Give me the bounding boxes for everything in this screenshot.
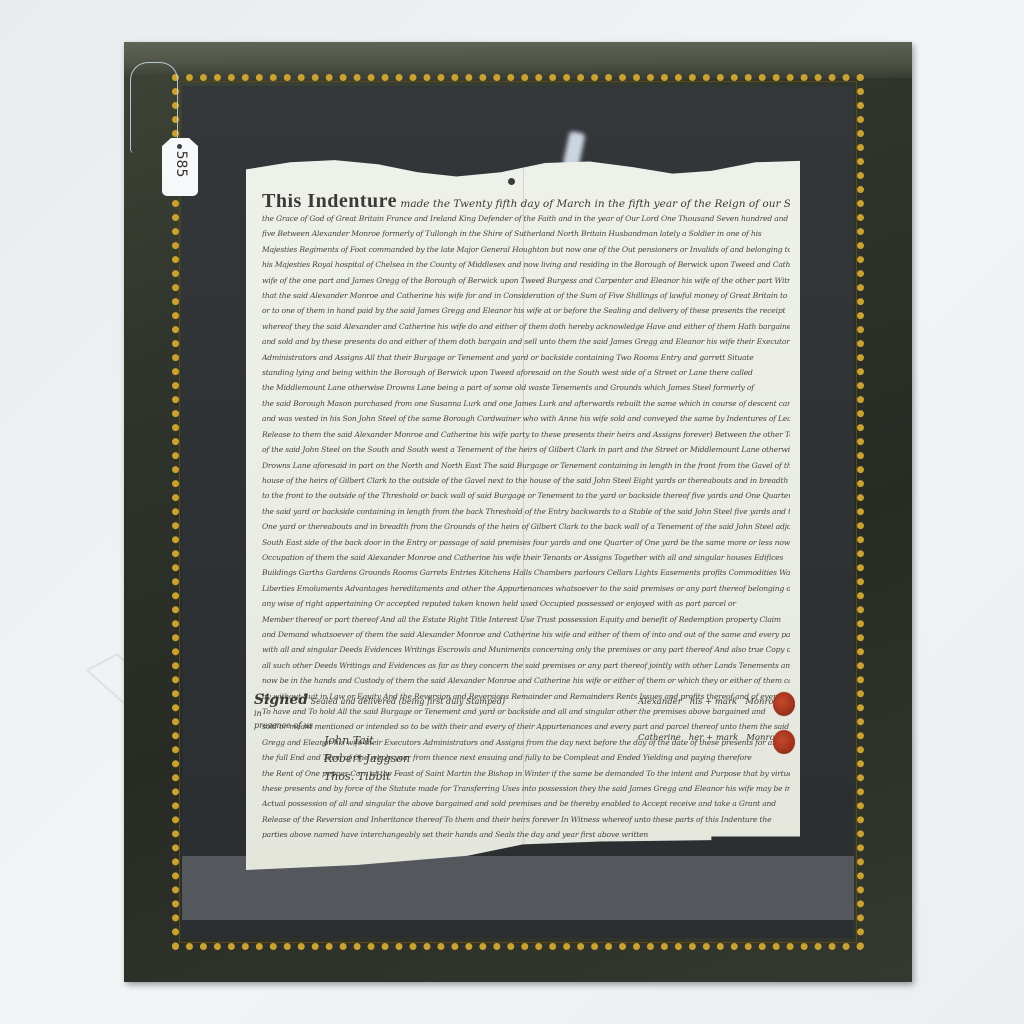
indenture-document: This Indenture made the Twenty fifth day… <box>246 158 800 870</box>
document-text-line: whereof they the said Alexander and Cath… <box>262 319 790 334</box>
price-tag: 585 <box>162 138 198 196</box>
witness-signature-block: Signed Sealed and delivered (being first… <box>254 694 514 786</box>
document-text-line: Majesties Regiments of Foot commanded by… <box>262 242 790 257</box>
document-text-line: Liberties Emoluments Advantages heredita… <box>262 581 790 596</box>
document-lines-part1: the Grace of God of Great Britain France… <box>262 211 790 704</box>
document-text-line: the Grace of God of Great Britain France… <box>262 211 790 226</box>
document-text-line: that the said Alexander Monroe and Cathe… <box>262 288 790 303</box>
document-text-line: Release to them the said Alexander Monro… <box>262 427 790 442</box>
document-heading: This Indenture made the Twenty fifth day… <box>262 194 790 211</box>
document-text-line: the Middlemount Lane otherwise Drowns La… <box>262 380 790 395</box>
party-signature: Alexander his + mark Monroe <box>638 688 788 716</box>
document-text-line: Buildings Garths Gardens Grounds Rooms G… <box>262 565 790 580</box>
document-text-line: Administrators and Assigns All that thei… <box>262 350 790 365</box>
document-text-line: One yard or thereabouts and in breadth f… <box>262 519 790 534</box>
document-text-line: and was vested in his Son John Steel of … <box>262 411 790 426</box>
document-text-line: now be in the hands and Custody of them … <box>262 673 790 688</box>
document-text-line: house of the heirs of Gilbert Clark to t… <box>262 473 790 488</box>
document-text-line: or to one of them in hand paid by the sa… <box>262 303 790 318</box>
document-text-line: to the front to the outside of the Thres… <box>262 488 790 503</box>
document-text-line: with all and singular Deeds Evidences Wr… <box>262 642 790 657</box>
wax-seal <box>773 692 795 716</box>
witness-signature: Robert Jaggson <box>324 750 514 768</box>
document-text-line: Release of the Reversion and Inheritance… <box>262 812 790 827</box>
document-text-line: of the said John Steel on the South and … <box>262 442 790 457</box>
document-text-line: the said yard or backside containing in … <box>262 504 790 519</box>
document-text-line: South East side of the back door in the … <box>262 535 790 550</box>
document-text-line: Actual possession of all and singular th… <box>262 796 790 811</box>
document-text-line: and sold and by these presents do and ei… <box>262 334 790 349</box>
document-text-line: and Demand whatsoever of them the said A… <box>262 627 790 642</box>
witness-signature: John Tait <box>324 732 514 750</box>
document-text-line: wife of the one part and James Gregg of … <box>262 273 790 288</box>
document-text-line: his Majesties Royal hospital of Chelsea … <box>262 257 790 272</box>
witness-signature: Thos. Tibbit <box>324 768 514 786</box>
document-title: This Indenture <box>262 194 397 211</box>
party-signatures: Alexander his + mark Monroe Catherine he… <box>638 688 788 752</box>
document-text-line: all such other Deeds Writings and Eviden… <box>262 658 790 673</box>
document-text-line: standing lying and being within the Boro… <box>262 365 790 380</box>
document-text-line: five Between Alexander Monroe formerly o… <box>262 226 790 241</box>
paper-hole <box>508 178 515 185</box>
document-text-line: Member thereof or part thereof And all t… <box>262 612 790 627</box>
document-text-line: Occupation of them the said Alexander Mo… <box>262 550 790 565</box>
wax-seal <box>773 730 795 754</box>
picture-frame: This Indenture made the Twenty fifth day… <box>124 42 912 982</box>
document-text-line: any wise of right appertaining Or accept… <box>262 596 790 611</box>
document-text-line: the said Borough Mason purchased from on… <box>262 396 790 411</box>
document-heading-text: made the Twenty fifth day of March in th… <box>400 198 790 210</box>
document-text-line: Drowns Lane aforesaid in part on the Nor… <box>262 458 790 473</box>
party-signature: Catherine her + mark Monroe <box>638 724 788 752</box>
price-tag-number: 585 <box>173 147 189 181</box>
signed-sealed-delivered: Signed Sealed and delivered (being first… <box>254 694 514 732</box>
